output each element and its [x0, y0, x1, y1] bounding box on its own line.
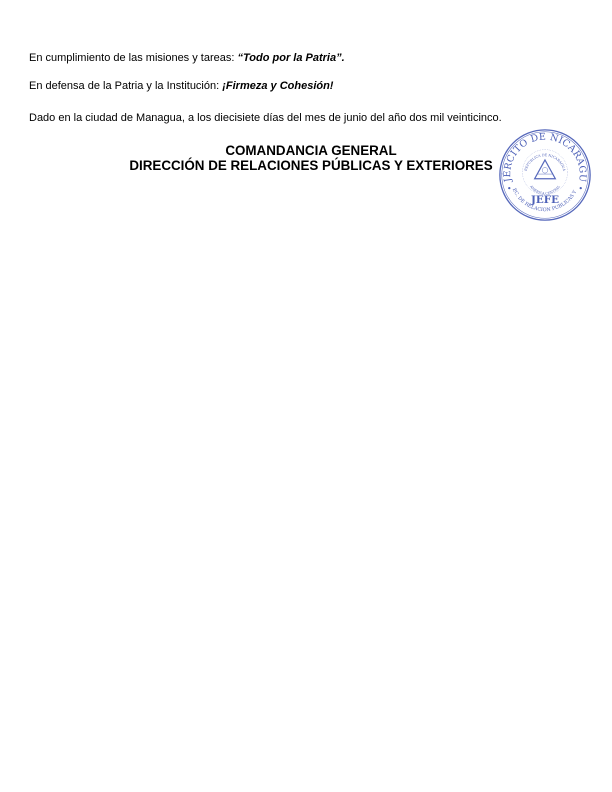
mission-text: En cumplimiento de las misiones y tareas… [29, 52, 237, 64]
defense-text: En defensa de la Patria y la Institución… [29, 80, 222, 92]
mission-motto: “Todo por la Patria”. [237, 52, 344, 64]
svg-text:REPÚBLICA DE NICARAGUA: REPÚBLICA DE NICARAGUA [524, 153, 567, 172]
date-paragraph: Dado en la ciudad de Managua, a los diec… [29, 112, 502, 125]
defense-paragraph: En defensa de la Patria y la Institución… [29, 80, 333, 93]
svg-text:JEFE: JEFE [530, 194, 559, 206]
defense-motto: ¡Firmeza y Cohesión! [222, 80, 333, 92]
mission-paragraph: En cumplimiento de las misiones y tareas… [29, 52, 345, 65]
official-seal-icon: EJÉRCITO DE NICARAGUA REPÚBLICA DE NICAR… [498, 128, 592, 222]
